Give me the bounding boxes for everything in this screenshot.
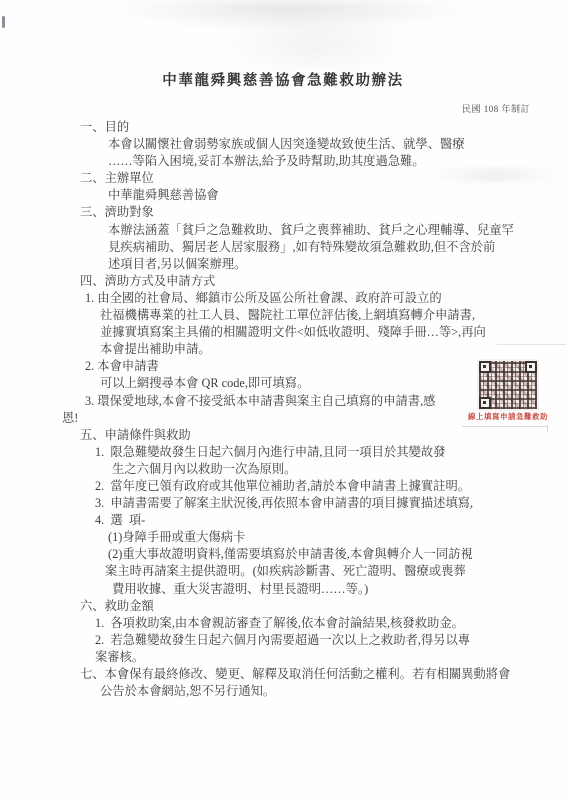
page-title: 中華龍舜興慈善協會急難救助辦法 [0,69,566,90]
text-line: 費用收據、重大災害證明、村里長證明……等。) [112,581,550,598]
revision-note: 民國 108 年制訂 [462,102,530,115]
text-line: 案審核。 [95,649,550,666]
text-line: 4. 選 項- [95,512,550,529]
text-line: 四、濟助方式及申請方式 [80,273,550,290]
scan-smudge [120,0,460,30]
text-line: 一、目的 [80,119,550,136]
text-line: 六、救助金額 [80,598,550,615]
text-line: (2)重大事故證明資料,僅需要填寫於申請書後,本會與轉介人一同訪視 [108,546,550,563]
text-line: ……等陷入困境,妥訂本辦法,給予及時幫助,助其度過急難。 [108,153,550,170]
qr-finder-icon [479,397,491,409]
text-line: 見疾病補助、獨居老人居家服務」,如有特殊變故須急難救助,但不含於前 [108,239,550,256]
text-line: 五、申請條件與救助 [80,427,550,444]
scanned-document-page: 中華龍舜興慈善協會急難救助辦法 民國 108 年制訂 一、目的本會以關懷社會弱勢… [0,0,566,800]
text-line: (1)身障手冊或重大傷病卡 [108,529,550,546]
qr-finder-icon [479,361,491,373]
text-line: 3. 申請書需要了解案主狀況後,再依照本會申請書的項目據實描述填寫, [95,495,550,512]
text-line: 社福機構專業的社工人員、醫院社工單位評估後,上網填寫轉介申請書, [100,307,550,324]
text-line: 1. 由全國的社會局、鄉鎮市公所及區公所社會課、政府許可設立的 [85,290,550,307]
text-line: 2. 當年度已領有政府或其他單位補助者,請於本會申請書上據實註明。 [95,478,550,495]
text-line: 1. 各項救助案,由本會親訪審查了解後,依本會討論結果,核發救助金。 [95,615,550,632]
qr-finder-icon [525,361,537,373]
text-line: 中華龍舜興慈善協會 [108,187,550,204]
text-line: 並據實填寫案主具備的相關證明文件<如低收證明、殘障手冊…等>,再向 [100,324,550,341]
text-line: 三、濟助對象 [80,204,550,221]
scan-edge-mark [2,16,5,28]
text-line: 1. 限急難變故發生日起六個月內進行申請,且同一項目於其變故發 [95,444,550,461]
text-line: 本會提出補助申請。 [100,341,550,358]
text-line: 公告於本會網站,恕不另行通知。 [100,683,550,700]
text-line: 七、本會保有最終修改、變更、解釋及取消任何活動之權利。若有相關異動將會 [80,666,550,683]
qr-code [477,359,539,411]
text-line: 二、主辦單位 [80,170,550,187]
text-line: 述項目者,另以個案辦理。 [108,256,550,273]
qr-caption: 線上填寫申請急難救助 [464,411,552,422]
text-line: 本辦法涵蓋「貧戶之急難救助、貧戶之喪葬補助、貧戶之心理輔導、兒童罕 [108,222,550,239]
text-line: 本會以關懷社會弱勢家族或個人因突逢變故致使生活、就學、醫療 [108,136,550,153]
text-line: 案主時再請案主提供證明。(如疾病診斷書、死亡證明、醫療或喪葬 [105,563,550,580]
text-line: 2. 若急難變故發生日起六個月內需要超過一次以上之救助者,得另以專 [95,632,550,649]
text-line: 生之六個月內以救助一次為原則。 [112,461,550,478]
